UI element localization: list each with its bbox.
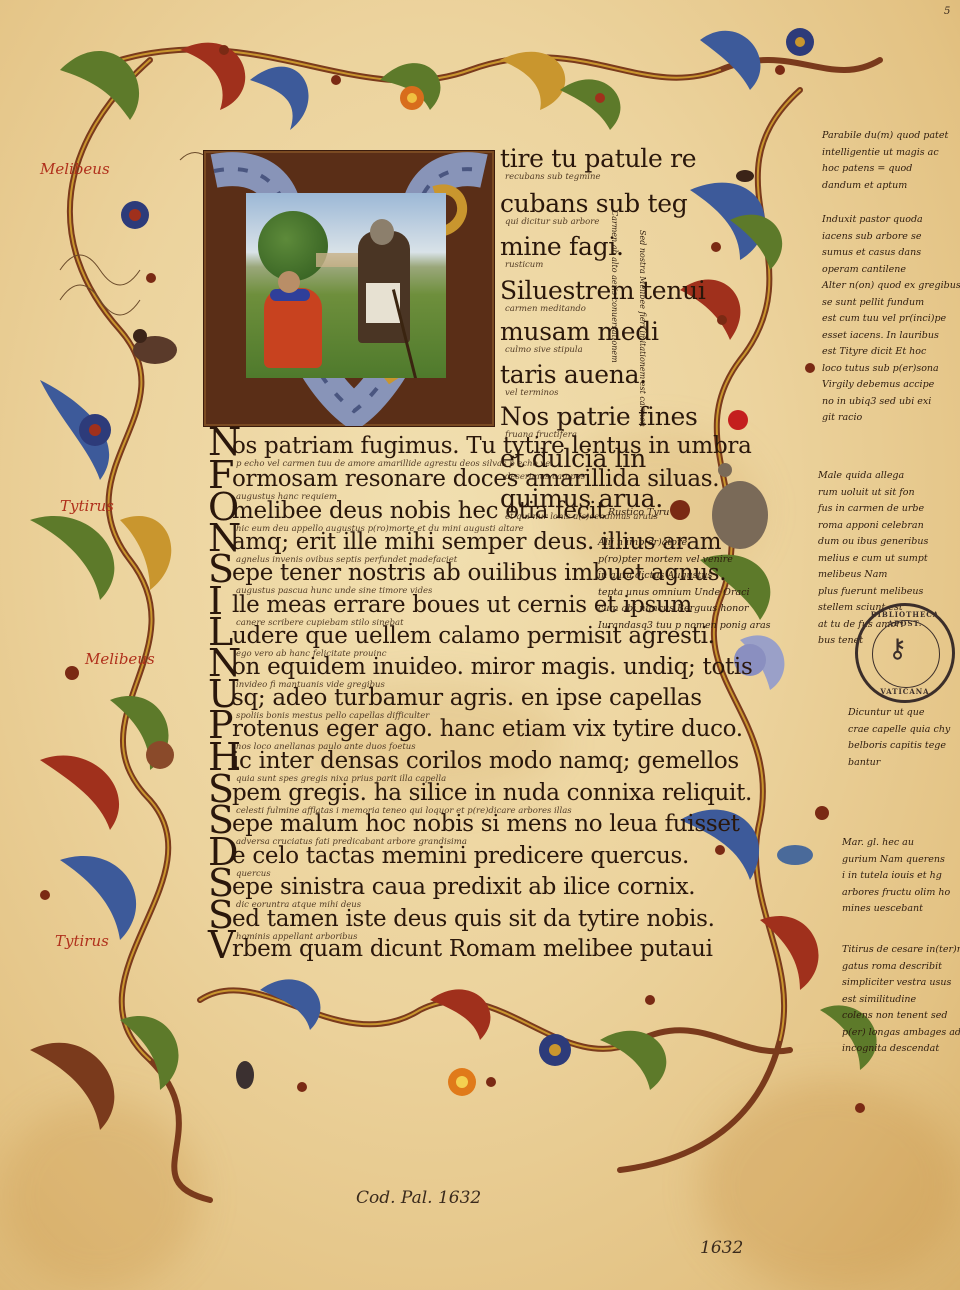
verse-line: rbem quam dicunt Romam melibee putaui bbox=[232, 938, 713, 961]
interlinear-gloss: qui dicitur sub arbore bbox=[505, 217, 599, 227]
margin-note: Alij n imp(er)atore p(ro)pter mortem vel… bbox=[598, 535, 771, 634]
manuscript-page: tire tu patule rerecubans sub tegminecub… bbox=[0, 0, 960, 1290]
margin-note: Dicuntur ut que crae capelle quia chy be… bbox=[848, 705, 950, 771]
speaker-label: Tytirus bbox=[60, 497, 114, 515]
verse-line: epe malum hoc nobis si mens no leua fuis… bbox=[232, 813, 740, 836]
shelfmark: Cod. Pal. 1632 bbox=[356, 1188, 481, 1208]
margin-note: Titirus de cesare in(ter)ro gatus roma d… bbox=[842, 942, 960, 1058]
shepherd-hood bbox=[370, 219, 394, 245]
interlinear-gloss: vel terminos bbox=[505, 388, 559, 398]
shepherd-head bbox=[278, 271, 300, 293]
corner-page-number: 5 bbox=[944, 6, 950, 17]
verse-line: os patriam fugimus. Tu tytire lentus in … bbox=[232, 435, 751, 458]
verse-line: ed tamen iste deus quis sit da tytire no… bbox=[232, 908, 715, 931]
pastoral-scene bbox=[246, 193, 446, 378]
interlinear-gloss: recubans sub tegmine bbox=[505, 172, 601, 182]
vertical-margin-note: Sed nostra Melibee fieri imitationem est… bbox=[634, 230, 651, 427]
verse-line: Siluestrem tenui bbox=[500, 278, 706, 303]
verse-line: melibee deus nobis hec otia fecit bbox=[232, 500, 605, 523]
margin-note: Parabile du(m) quod patet intelligentie … bbox=[822, 128, 948, 194]
verse-line: Nos patrie fines bbox=[500, 404, 698, 429]
verse-line: ormosam resonare doces amarillida siluas… bbox=[232, 468, 719, 491]
verse-line: taris auena. bbox=[500, 362, 647, 387]
library-stamp: BIBLIOTHECA APOST. ⚷ VATICANA bbox=[855, 603, 955, 703]
illuminated-miniature bbox=[203, 150, 495, 427]
verse-line: sq; adeo turbamur agris. en ipse capella… bbox=[232, 687, 702, 710]
speaker-label: Melibeus bbox=[40, 160, 110, 178]
speaker-label: Melibeus bbox=[85, 650, 155, 668]
vertical-margin-note: Carmen ab alto aeris conuersationem bbox=[606, 210, 623, 363]
verse-line: ic inter densas corilos modo namq; gemel… bbox=[232, 750, 739, 773]
folio-number: 1632 bbox=[700, 1238, 743, 1258]
verse-line: on equidem inuideo. miror magis. undiq; … bbox=[232, 656, 753, 679]
verse-line: pem gregis. ha silice in nuda connixa re… bbox=[232, 782, 752, 805]
verse-line: e celo tactas memini predicere quercus. bbox=[232, 845, 689, 868]
margin-note: Induxit pastor quoda iacens sub arbore s… bbox=[822, 212, 960, 427]
speaker-label: Tytirus bbox=[55, 932, 109, 950]
verse-line: rotenus eger ago. hanc etiam vix tytire … bbox=[232, 718, 743, 741]
verse-line: cubans sub teg bbox=[500, 191, 687, 216]
stamp-text-bottom: VATICANA bbox=[858, 687, 952, 696]
verse-line: epe sinistra caua predixit ab ilice corn… bbox=[232, 876, 695, 899]
verse-line: tire tu patule re bbox=[500, 146, 696, 171]
interlinear-gloss: rusticum bbox=[505, 260, 543, 270]
crossed-keys-icon: ⚷ bbox=[888, 636, 907, 662]
tree bbox=[258, 211, 328, 281]
interlinear-gloss: culmo sive stipula bbox=[505, 345, 583, 355]
interlinear-gloss: carmen meditando bbox=[505, 304, 586, 314]
margin-note: Mar. gl. hec au gurium Nam querens i in … bbox=[842, 835, 950, 918]
margin-note: Rustico Tyru bbox=[608, 505, 669, 522]
